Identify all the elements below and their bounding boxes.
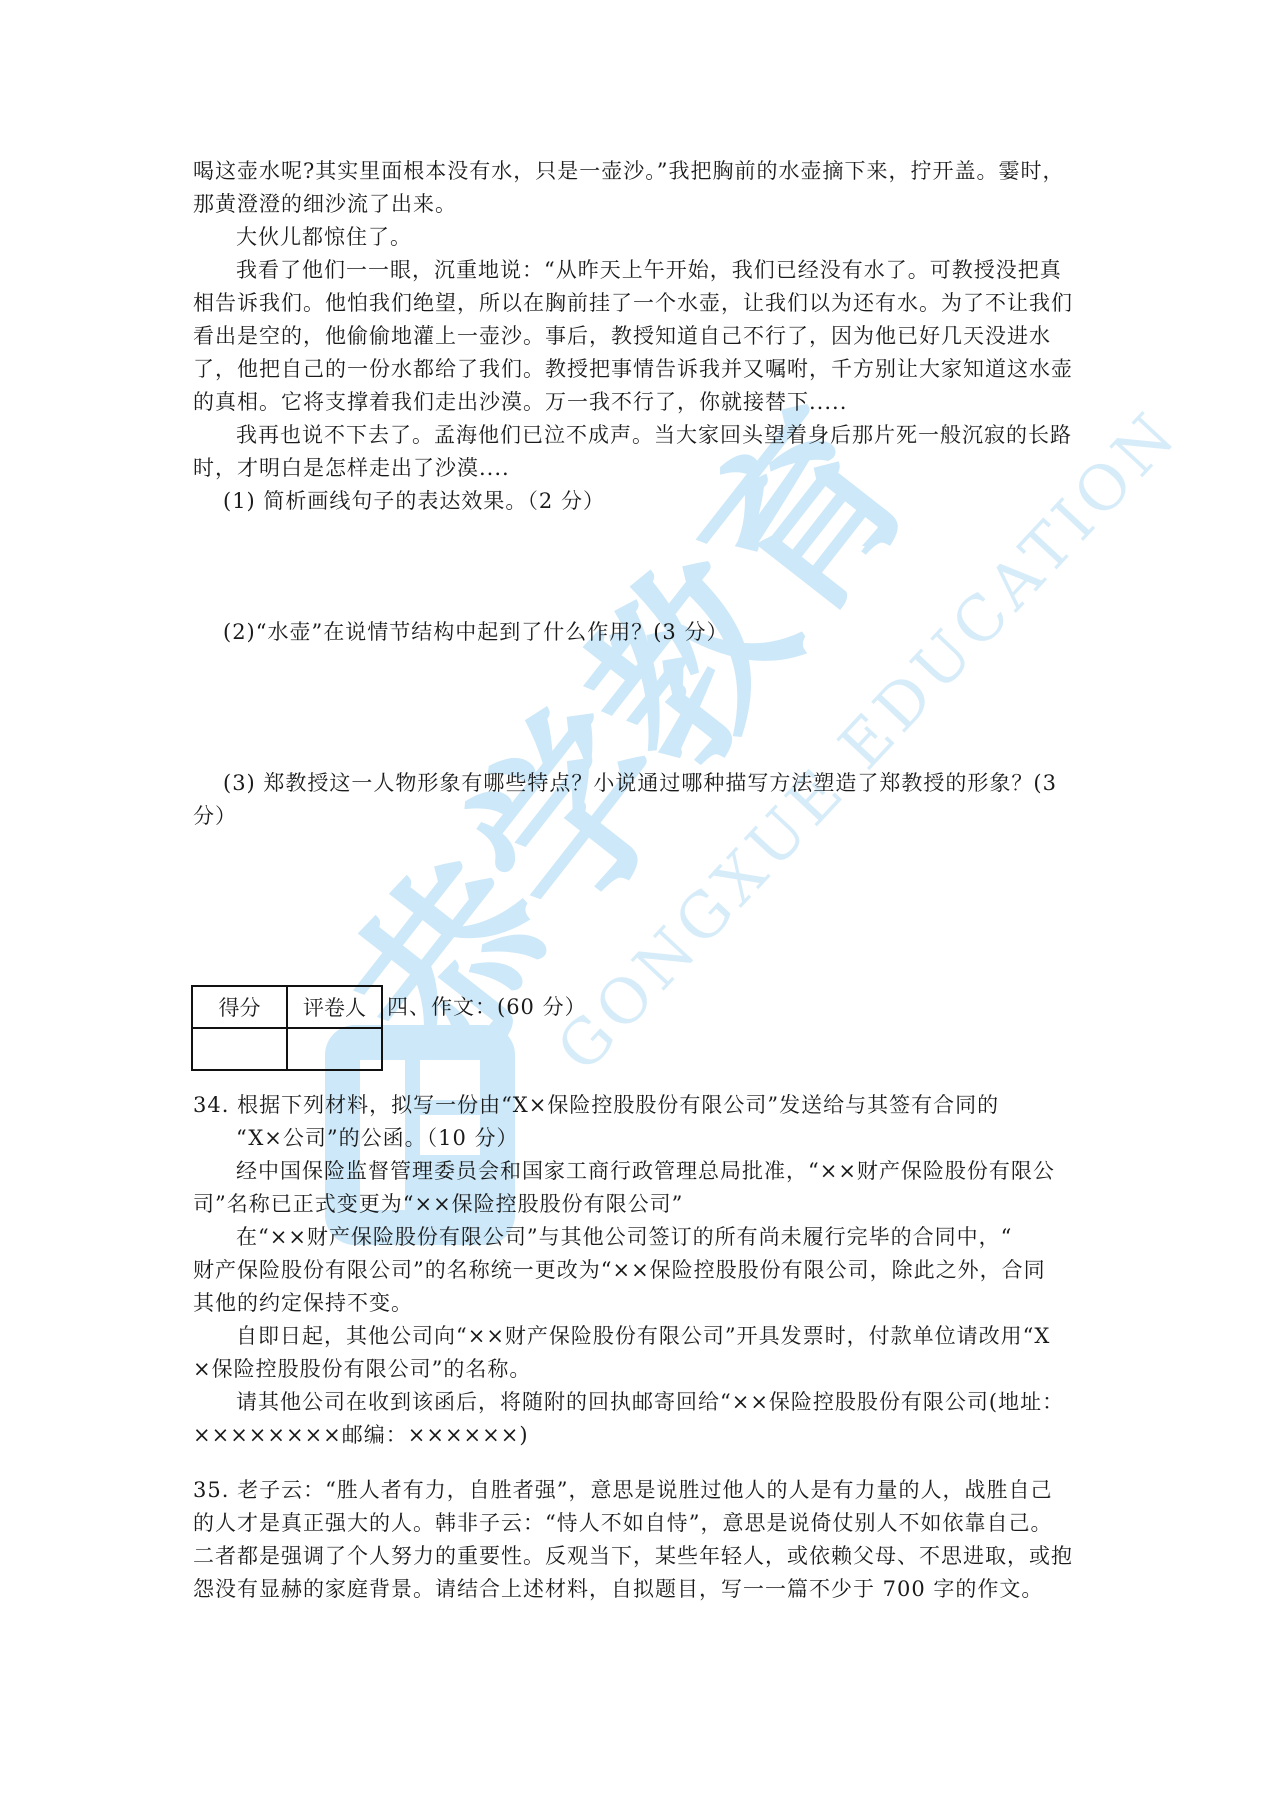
q34-line: 经中国保险监督管理委员会和国家工商行政管理总局批准，“××财产保险股份有限公: [193, 1155, 1083, 1188]
q35-line: 二者都是强调了个人努力的重要性。反观当下，某些年轻人，或依赖父母、不思进取，或抱: [193, 1540, 1083, 1573]
passage-line: 相告诉我们。他怕我们绝望，所以在胸前挂了一个水壶，让我们以为还有水。为了不让我们: [193, 287, 1083, 320]
q34-line: 34. 根据下列材料，拟写一份由“X×保险控股股份有限公司”发送给与其签有合同的: [193, 1089, 1083, 1122]
q34-line: 在“××财产保险股份有限公司”与其他公司签订的所有尚未履行完毕的合同中，“: [193, 1221, 1083, 1254]
section-4-title: 四、作文：(60 分）: [387, 991, 587, 1021]
question-34: 34. 根据下列材料，拟写一份由“X×保险控股股份有限公司”发送给与其签有合同的…: [193, 1089, 1083, 1452]
answer-space-1[interactable]: [193, 518, 1083, 616]
passage-line: 我再也说不下去了。孟海他们已泣不成声。当大家回头望着身后那片死一般沉寂的长路: [193, 419, 1083, 452]
q35-line: 怨没有显赫的家庭背景。请结合上述材料，自拟题目，写一一篇不少于 700 字的作文…: [193, 1573, 1083, 1606]
answer-space-3[interactable]: [193, 833, 1083, 985]
q34-line: 司”名称已正式变更为“××保险控股股份有限公司”: [193, 1188, 1083, 1221]
q34-line: 其他的约定保持不变。: [193, 1287, 1083, 1320]
question-1: (1) 简析画线句子的表达效果。（2 分）: [193, 485, 1083, 518]
exam-page: 恭学教育 GONGXUE EDUCATION 喝这壶水呢?其实里面根本没有水，只…: [0, 0, 1272, 1800]
passage-line: 时，才明白是怎样走出了沙漠....: [193, 452, 1083, 485]
passage-line: 的真相。它将支撑着我们走出沙漠。万一我不行了，你就接替下.....: [193, 386, 1083, 419]
q34-line: “X×公司”的公函。（10 分）: [193, 1122, 1083, 1155]
q35-line: 的人才是真正强大的人。韩非子云：“恃人不如自恃”，意思是说倚仗别人不如依靠自己。: [193, 1507, 1083, 1540]
score-table: 得分 评卷人: [191, 985, 383, 1071]
passage-line: 了，他把自己的一份水都给了我们。教授把事情告诉我并又嘱咐，千方别让大家知道这水壶: [193, 353, 1083, 386]
score-header: 得分: [192, 986, 287, 1028]
question-3-continued: 分）: [193, 800, 1083, 833]
question-35: 35. 老子云：“胜人者有力，自胜者强”，意思是说胜过他人的人是有力量的人，战胜…: [193, 1474, 1083, 1606]
reading-passage: 喝这壶水呢?其实里面根本没有水，只是一壶沙。”我把胸前的水壶摘下来，拧开盖。霎时…: [193, 155, 1083, 485]
q34-line: 自即日起，其他公司向“××财产保险股份有限公司”开具发票时，付款单位请改用“X: [193, 1320, 1083, 1353]
grader-cell[interactable]: [287, 1028, 382, 1070]
q35-line: 35. 老子云：“胜人者有力，自胜者强”，意思是说胜过他人的人是有力量的人，战胜…: [193, 1474, 1083, 1507]
passage-line: 喝这壶水呢?其实里面根本没有水，只是一壶沙。”我把胸前的水壶摘下来，拧开盖。霎时…: [193, 155, 1083, 188]
score-cell[interactable]: [192, 1028, 287, 1070]
passage-line: 看出是空的，他偷偷地灌上一壶沙。事后，教授知道自己不行了，因为他已好几天没进水: [193, 320, 1083, 353]
q34-line: ××××××××邮编：××××××): [193, 1419, 1083, 1452]
passage-line: 我看了他们一一眼，沉重地说：“从昨天上午开始，我们已经没有水了。可教授没把真: [193, 254, 1083, 287]
q34-line: 财产保险股份有限公司”的名称统一更改为“××保险控股股份有限公司，除此之外，合同: [193, 1254, 1083, 1287]
question-3: (3) 郑教授这一人物形象有哪些特点？小说通过哪种描写方法塑造了郑教授的形象？(…: [193, 767, 1083, 800]
section-4-header: 得分 评卷人 四、作文：(60 分）: [193, 985, 1083, 1071]
passage-line: 大伙儿都惊住了。: [193, 221, 1083, 254]
answer-space-2[interactable]: [193, 649, 1083, 767]
grader-header: 评卷人: [287, 986, 382, 1028]
question-2: (2)“水壶”在说情节结构中起到了什么作用？(3 分）: [193, 616, 1083, 649]
passage-line: 那黄澄澄的细沙流了出来。: [193, 188, 1083, 221]
document-body: 喝这壶水呢?其实里面根本没有水，只是一壶沙。”我把胸前的水壶摘下来，拧开盖。霎时…: [193, 155, 1083, 1606]
q34-line: 请其他公司在收到该函后，将随附的回执邮寄回给“××保险控股股份有限公司(地址：: [193, 1386, 1083, 1419]
q34-line: ×保险控股股份有限公司”的名称。: [193, 1353, 1083, 1386]
